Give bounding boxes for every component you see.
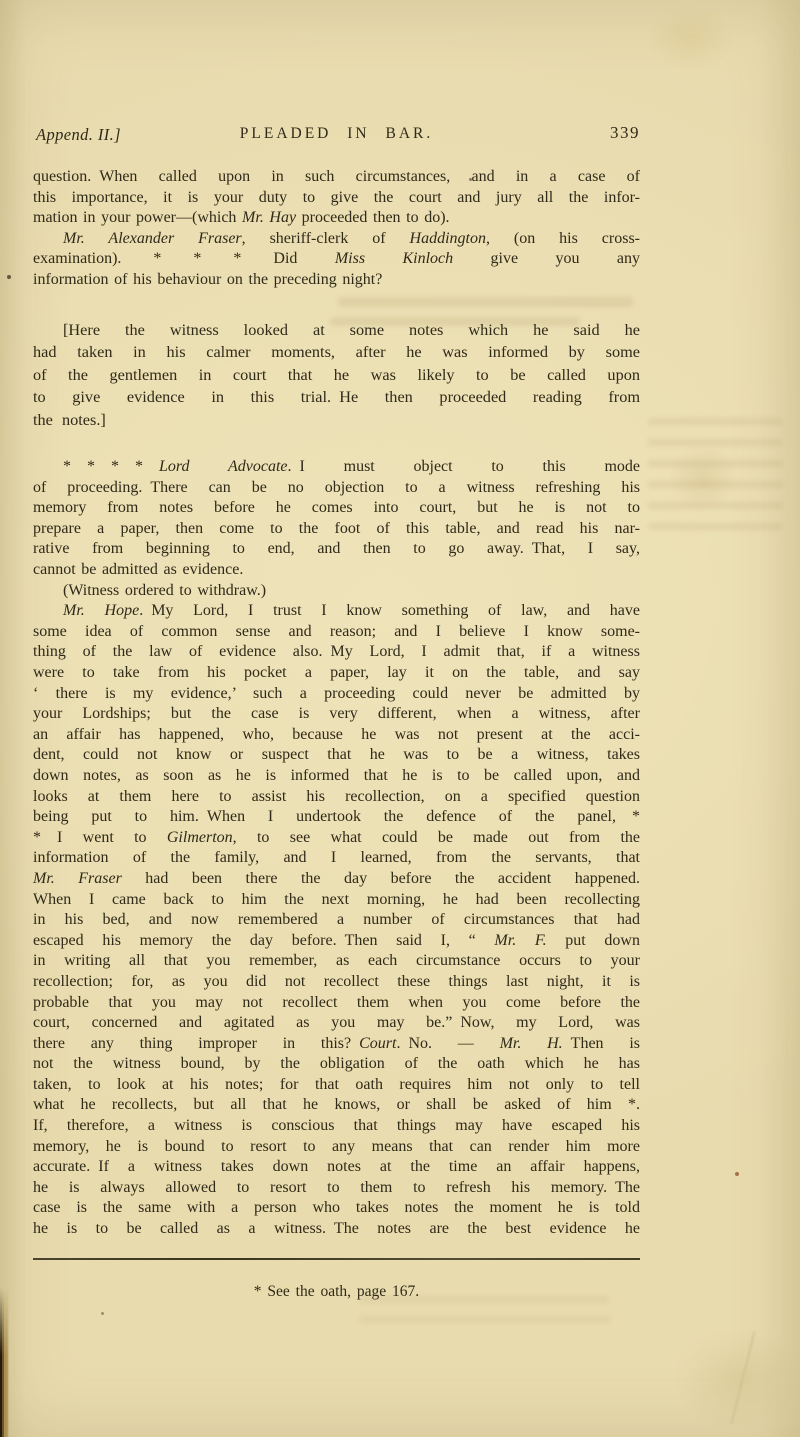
text-line: Mr. Hope. My Lord, I trust I know someth… — [33, 601, 640, 622]
text-line: there any thing improper in this? Court.… — [33, 1034, 640, 1055]
text-line: mation in your power—(which Mr. Hay proc… — [33, 208, 640, 229]
text-line: memory from notes before he comes into c… — [33, 498, 640, 519]
text-line: he is to be called as a witness. The not… — [33, 1219, 640, 1240]
text-line: information of his behaviour on the prec… — [33, 270, 640, 291]
text-line: of proceeding. There can be no objection… — [33, 478, 640, 499]
bleed-through-text — [360, 1296, 610, 1330]
text-line: If, therefore, a witness is conscious th… — [33, 1116, 640, 1137]
text-line: accurate. If a witness takes down notes … — [33, 1157, 640, 1178]
text-line: had taken in his calmer moments, after h… — [33, 341, 640, 364]
text-line: escaped his memory the day before. Then … — [33, 931, 640, 952]
text-line: examination). * * * Did Miss Kinloch giv… — [33, 249, 640, 270]
text-line: the notes.] — [33, 409, 640, 432]
paper-speck — [7, 275, 11, 279]
text-line: [Here the witness looked at some notes w… — [33, 319, 640, 342]
paper-speck — [101, 1312, 104, 1315]
text-line: this importance, it is your duty to give… — [33, 188, 640, 209]
text-line: he is always allowed to resort to them t… — [33, 1178, 640, 1199]
text-line: of the gentlemen in court that he was li… — [33, 364, 640, 387]
paper-speck — [469, 178, 472, 181]
page-title: PLEADED IN BAR. — [33, 125, 640, 143]
dialogue-paragraph: * * * * Lord Advocate. I must object to … — [33, 457, 640, 1240]
text-line: were to take from his pocket a paper, la… — [33, 663, 640, 684]
text-line: an affair has happened, who, because he … — [33, 725, 640, 746]
text-line: probable that you may not recollect them… — [33, 993, 640, 1014]
stage-direction-paragraph: [Here the witness looked at some notes w… — [33, 319, 640, 432]
text-line: being put to him. When I undertook the d… — [33, 807, 640, 828]
text-line: question. When called upon in such circu… — [33, 167, 640, 188]
text-line: rative from beginning to end, and then t… — [33, 539, 640, 560]
book-spine-edge — [0, 1288, 9, 1437]
text-line: memory, he is bound to resort to any mea… — [33, 1137, 640, 1158]
text-line: * * * * Lord Advocate. I must object to … — [33, 457, 640, 478]
text-line: dent, could not know or suspect that he … — [33, 745, 640, 766]
text-line: Mr. Fraser had been there the day before… — [33, 869, 640, 890]
body-text: question. When called upon in such circu… — [33, 167, 640, 1240]
text-line: prepare a paper, then come to the foot o… — [33, 519, 640, 540]
text-line: down notes, as soon as he is informed th… — [33, 766, 640, 787]
footnote-rule — [33, 1258, 640, 1260]
text-line: not the witness bound, by the obligation… — [33, 1054, 640, 1075]
paragraph-continuation: question. When called upon in such circu… — [33, 167, 640, 291]
running-header: Append. II.] PLEADED IN BAR. 339 — [33, 123, 640, 147]
text-line: When I came back to him the next morning… — [33, 890, 640, 911]
text-line: Mr. Alexander Fraser, sheriff-clerk of H… — [33, 229, 640, 250]
text-line: what he recollects, but all that he know… — [33, 1095, 640, 1116]
footnote: * See the oath, page 167. — [33, 1283, 640, 1301]
text-line: to give evidence in this trial. He then … — [33, 386, 640, 409]
text-line: ‘ there is my evidence,’ such a proceedi… — [33, 684, 640, 705]
paper-scratch — [731, 1331, 756, 1424]
text-line: recollection; for, as you did not recoll… — [33, 972, 640, 993]
text-line: some idea of common sense and reason; an… — [33, 622, 640, 643]
text-line: information of the family, and I learned… — [33, 848, 640, 869]
book-page: Append. II.] PLEADED IN BAR. 339 questio… — [0, 0, 800, 1437]
bleed-through-text — [648, 418, 783, 530]
text-line: in writing all that you remember, as eac… — [33, 951, 640, 972]
page-number: 339 — [610, 123, 640, 143]
text-line: in his bed, and now remembered a number … — [33, 910, 640, 931]
text-line: (Witness ordered to withdraw.) — [33, 581, 640, 602]
text-line: * I went to Gilmerton, to see what could… — [33, 828, 640, 849]
text-line: court, concerned and agitated as you may… — [33, 1013, 640, 1034]
paper-speck — [735, 1172, 739, 1176]
text-line: cannot be admitted as evidence. — [33, 560, 640, 581]
text-line: thing of the law of evidence also. My Lo… — [33, 642, 640, 663]
text-line: your Lordships; but the case is very dif… — [33, 704, 640, 725]
text-line: taken, to look at his notes; for that oa… — [33, 1075, 640, 1096]
text-line: case is the same with a person who takes… — [33, 1198, 640, 1219]
text-line: looks at them here to assist his recolle… — [33, 787, 640, 808]
